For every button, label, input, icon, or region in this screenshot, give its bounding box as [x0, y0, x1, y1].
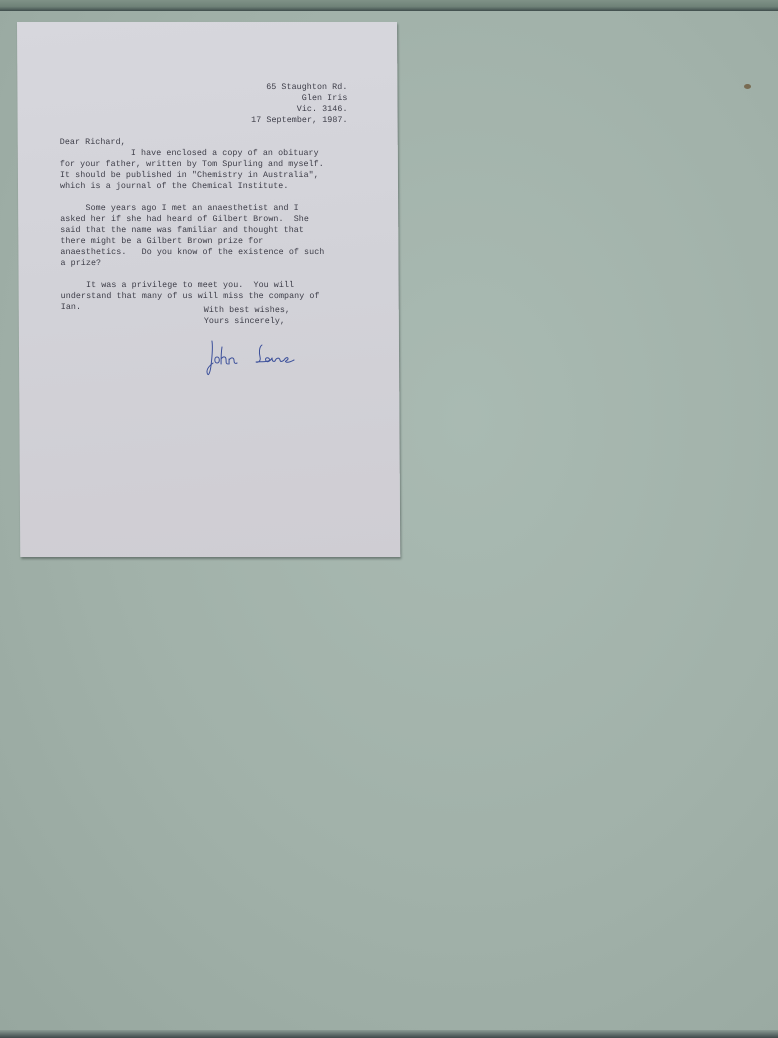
- handwritten-signature: [204, 335, 304, 380]
- letter-body: Dear Richard, I have enclosed a copy of …: [60, 137, 361, 313]
- paragraph-line: anaesthetics. Do you know of the existen…: [60, 247, 360, 258]
- paragraph-line: I have enclosed a copy of an obituary: [60, 148, 360, 159]
- address-street: 65 Staughton Rd.: [251, 82, 348, 93]
- paragraph-line: there might be a Gilbert Brown prize for: [60, 236, 360, 247]
- paragraph-line: asked her if she had heard of Gilbert Br…: [60, 214, 360, 225]
- paragraph-line: It was a privilege to meet you. You will: [61, 280, 361, 291]
- sender-address: 65 Staughton Rd. Glen Iris Vic. 3146. 17…: [251, 82, 348, 126]
- paragraph-line: understand that many of us will miss the…: [61, 291, 361, 302]
- board-bottom-edge: [0, 1030, 778, 1038]
- closing: With best wishes, Yours sincerely,: [204, 305, 290, 327]
- letter-page: 65 Staughton Rd. Glen Iris Vic. 3146. 17…: [17, 22, 400, 557]
- board-top-edge: [0, 0, 778, 11]
- paragraph-line: It should be published in "Chemistry in …: [60, 170, 360, 181]
- paragraph-line: Some years ago I met an anaesthetist and…: [60, 203, 360, 214]
- paragraph-line: a prize?: [60, 258, 360, 269]
- paragraph-line: which is a journal of the Chemical Insti…: [60, 181, 360, 192]
- paragraph-1: I have enclosed a copy of an obituary fo…: [60, 148, 360, 192]
- paragraph-2: Some years ago I met an anaesthetist and…: [60, 203, 360, 269]
- address-state-postcode: Vic. 3146.: [251, 104, 348, 115]
- stain-mark: [744, 84, 751, 89]
- paragraph-line: said that the name was familiar and thou…: [60, 225, 360, 236]
- signature-icon: [204, 335, 304, 380]
- closing-wishes: With best wishes,: [204, 305, 290, 316]
- paragraph-line: for your father, written by Tom Spurling…: [60, 159, 360, 170]
- address-suburb: Glen Iris: [251, 93, 348, 104]
- letter-date: 17 September, 1987.: [251, 115, 348, 126]
- closing-sincerely: Yours sincerely,: [204, 316, 290, 327]
- letter-content: 65 Staughton Rd. Glen Iris Vic. 3146. 17…: [17, 22, 400, 557]
- salutation: Dear Richard,: [60, 137, 360, 148]
